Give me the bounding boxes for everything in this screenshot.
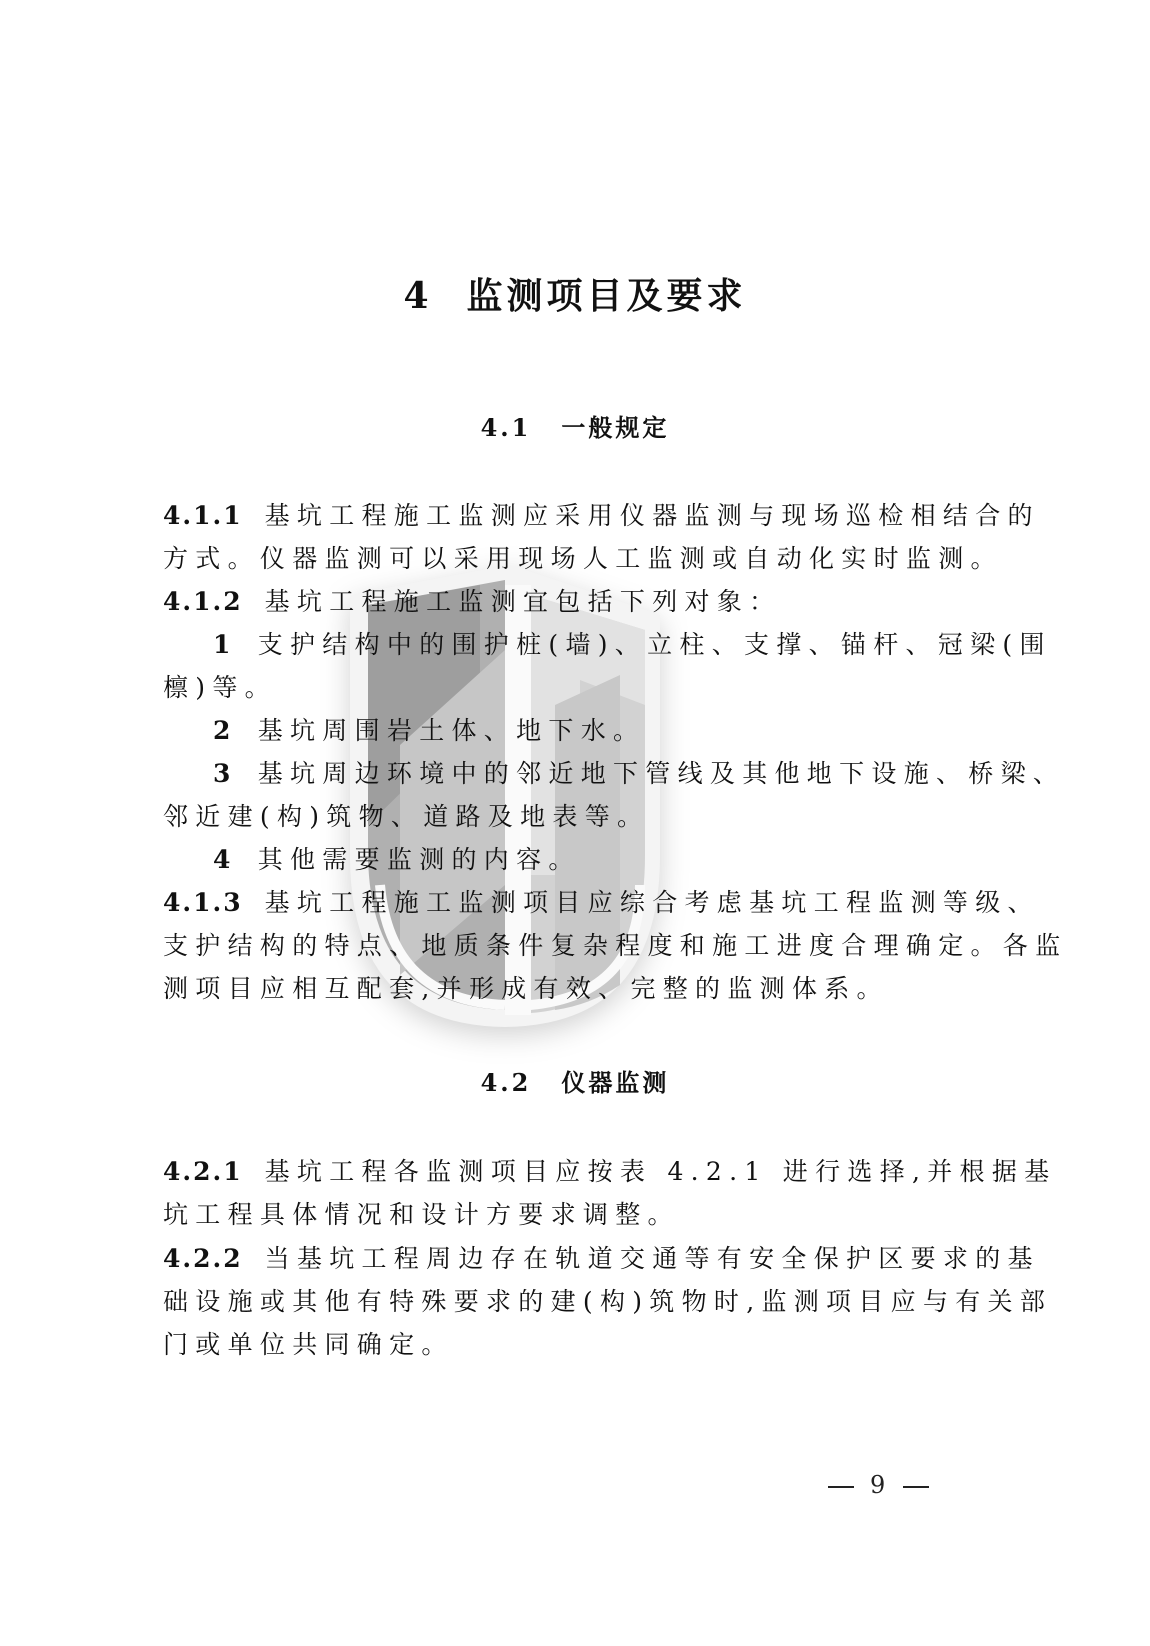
- document-page: 4监测项目及要求 4.1一般规定 4.1.1基坑工程施工监测应采用仪器监测与现场…: [0, 0, 1150, 1646]
- clause-text: 测项目应相互配套,并形成有效、完整的监测体系。: [163, 974, 889, 1003]
- document-content: 4监测项目及要求 4.1一般规定 4.1.1基坑工程施工监测应采用仪器监测与现场…: [0, 0, 1150, 1646]
- item-text: 基坑周围岩土体、地下水。: [258, 716, 646, 745]
- section-title-4-1: 4.1一般规定: [0, 413, 1150, 443]
- clause-text: 门或单位共同确定。: [163, 1330, 454, 1359]
- clause-4-2-1: 4.2.1基坑工程各监测项目应按表 4.2.1 进行选择,并根据基: [163, 1156, 943, 1188]
- section-number: 4.2: [481, 1068, 532, 1097]
- clause-4-1-1: 4.1.1基坑工程施工监测应采用仪器监测与现场巡检相结合的: [163, 500, 943, 532]
- text-line: 方式。仪器监测可以采用现场人工监测或自动化实时监测。: [163, 543, 943, 575]
- section-title-text: 仪器监测: [561, 1069, 669, 1097]
- item-text: 邻近建(构)筑物、道路及地表等。: [163, 802, 649, 831]
- section-number: 4.1: [481, 413, 532, 442]
- item-number: 2: [213, 716, 238, 745]
- text-line: 邻近建(构)筑物、道路及地表等。: [163, 801, 943, 833]
- list-item-3: 3基坑周边环境中的邻近地下管线及其他地下设施、桥梁、: [213, 758, 993, 790]
- clause-text: 基坑工程施工监测宜包括下列对象：: [265, 587, 782, 616]
- list-item-1: 1支护结构中的围护桩(墙)、立柱、支撑、锚杆、冠梁(围: [213, 629, 993, 661]
- list-item-4: 4其他需要监测的内容。: [213, 844, 993, 876]
- chapter-title: 4监测项目及要求: [0, 274, 1150, 319]
- item-number: 1: [213, 630, 238, 659]
- section-title-text: 一般规定: [561, 414, 669, 442]
- clause-text: 方式。仪器监测可以采用现场人工监测或自动化实时监测。: [163, 544, 1003, 573]
- clause-text: 基坑工程施工监测应采用仪器监测与现场巡检相结合的: [265, 501, 1040, 530]
- dash-left: [828, 1486, 854, 1488]
- clause-text: 坑工程具体情况和设计方要求调整。: [163, 1200, 680, 1229]
- text-line: 门或单位共同确定。: [163, 1329, 943, 1361]
- item-text: 基坑周边环境中的邻近地下管线及其他地下设施、桥梁、: [258, 759, 1066, 788]
- page-number-value: 9: [870, 1471, 887, 1499]
- text-line: 础设施或其他有特殊要求的建(构)筑物时,监测项目应与有关部: [163, 1286, 943, 1318]
- clause-4-1-3: 4.1.3基坑工程施工监测项目应综合考虑基坑工程监测等级、: [163, 887, 943, 919]
- item-text: 其他需要监测的内容。: [258, 845, 581, 874]
- clause-number: 4.1.2: [163, 587, 243, 616]
- clause-number: 4.2.2: [163, 1244, 243, 1273]
- clause-number: 4.1.1: [163, 501, 243, 530]
- section-title-4-2: 4.2仪器监测: [0, 1068, 1150, 1098]
- item-number: 3: [213, 759, 238, 788]
- clause-number: 4.2.1: [163, 1157, 243, 1186]
- text-line: 支护结构的特点、地质条件复杂程度和施工进度合理确定。各监: [163, 930, 943, 962]
- item-text: 支护结构中的围护桩(墙)、立柱、支撑、锚杆、冠梁(围: [258, 630, 1052, 659]
- dash-right: [903, 1486, 929, 1488]
- text-line: 测项目应相互配套,并形成有效、完整的监测体系。: [163, 973, 943, 1005]
- clause-4-1-2: 4.1.2基坑工程施工监测宜包括下列对象：: [163, 586, 943, 618]
- clause-text: 基坑工程各监测项目应按表 4.2.1 进行选择,并根据基: [265, 1157, 1057, 1186]
- clause-text: 当基坑工程周边存在轨道交通等有安全保护区要求的基: [265, 1244, 1040, 1273]
- clause-text: 基坑工程施工监测项目应综合考虑基坑工程监测等级、: [265, 888, 1040, 917]
- text-line: 坑工程具体情况和设计方要求调整。: [163, 1199, 943, 1231]
- chapter-number: 4: [403, 275, 432, 317]
- text-line: 檩)等。: [163, 672, 943, 704]
- list-item-2: 2基坑周围岩土体、地下水。: [213, 715, 993, 747]
- page-number: 9: [812, 1470, 945, 1500]
- item-text: 檩)等。: [163, 673, 277, 702]
- chapter-title-text: 监测项目及要求: [467, 276, 747, 317]
- clause-number: 4.1.3: [163, 888, 243, 917]
- clause-text: 础设施或其他有特殊要求的建(构)筑物时,监测项目应与有关部: [163, 1287, 1052, 1316]
- item-number: 4: [213, 845, 238, 874]
- clause-text: 支护结构的特点、地质条件复杂程度和施工进度合理确定。各监: [163, 931, 1067, 960]
- clause-4-2-2: 4.2.2当基坑工程周边存在轨道交通等有安全保护区要求的基: [163, 1243, 943, 1275]
